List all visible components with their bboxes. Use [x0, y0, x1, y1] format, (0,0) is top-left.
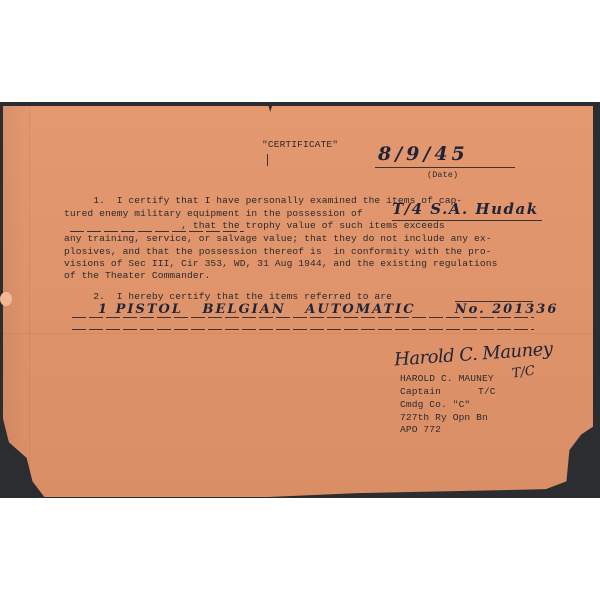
signature-suffix: T/C: [511, 363, 536, 381]
signatory-rank-suffix: T/C: [478, 386, 496, 399]
para1-line-2: tured enemy military equipment in the po…: [64, 208, 363, 221]
fold-crease-horizontal: [3, 333, 593, 334]
signatory-apo: APO 772: [400, 424, 441, 437]
items-line-2: [72, 317, 534, 318]
para1-line-6: visions of Sec III, Cir 353, WD, 31 Aug …: [64, 258, 497, 271]
paper-tear: [0, 292, 12, 306]
date-line: [375, 167, 515, 168]
signatory-battalion: 727th Ry Opn Bn: [400, 412, 488, 425]
date-label: (Date): [427, 169, 458, 182]
document-title: "CERTIFICATE": [262, 139, 338, 152]
para1-line-7: of the Theater Commander.: [64, 270, 210, 283]
para1-line-5: plosives, and that the possession thereo…: [64, 246, 492, 259]
signatory-name: HAROLD C. MAUNEY: [400, 373, 494, 386]
possessor-name-handwritten: T/4 S.A. Hudak: [392, 200, 539, 218]
fold-crease-vertical: [29, 106, 30, 497]
stray-mark: [267, 154, 268, 166]
possessor-line-continued: [70, 231, 244, 232]
para1-line-4: any training, service, or salvage value;…: [64, 233, 492, 246]
items-handwritten: 1 PISTOL BELGIAN AUTOMATIC No. 201336: [98, 302, 558, 317]
signatory-unit: Cmdg Co. "C": [400, 399, 470, 412]
items-line-3: [72, 329, 534, 330]
date-handwritten: 8/9/45: [378, 143, 469, 165]
signatory-rank: Captain: [400, 386, 441, 399]
